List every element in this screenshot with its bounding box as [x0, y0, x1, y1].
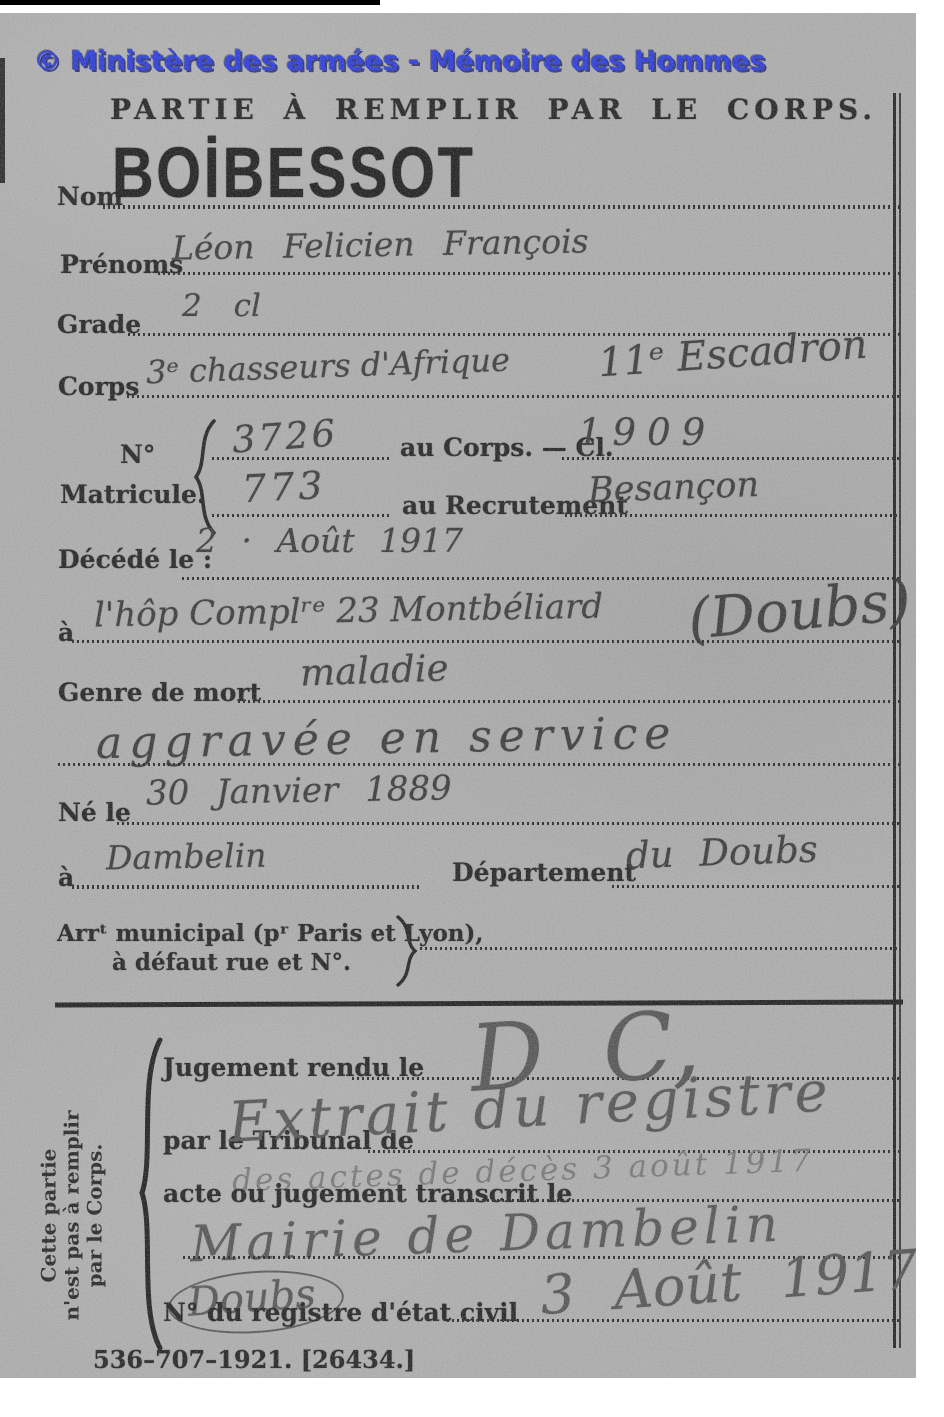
- matricule-corps-number: 3726: [231, 411, 340, 461]
- arrondissement-brace: [394, 915, 420, 987]
- nom-value-stamp: BOİBESSOT: [112, 131, 476, 214]
- corps-value-escadron: 11ᵉ Escadron: [597, 322, 869, 387]
- classe-value: 1909: [578, 411, 716, 454]
- genre-de-mort-value2: aggravée en service: [96, 708, 678, 769]
- dotted-line: [447, 1319, 900, 1322]
- vertical-rule: [893, 93, 896, 1348]
- arrondissement-label-line2: à défaut rue et N°.: [112, 949, 351, 976]
- scan-edge-artifact: [0, 0, 380, 5]
- departement-label: Département: [452, 858, 636, 887]
- dotted-line: [127, 395, 900, 398]
- dotted-line: [117, 822, 900, 825]
- side-note-line: Cette partie: [38, 1076, 61, 1356]
- dotted-line: [58, 763, 900, 766]
- ne-le-value: 30 Janvier 1889: [146, 768, 452, 813]
- matricule-label: Matricule.: [60, 480, 206, 509]
- side-note-line: par le Corps.: [84, 1076, 107, 1356]
- dotted-line: [612, 885, 900, 888]
- vertical-rule: [899, 93, 901, 1348]
- dotted-line: [72, 885, 420, 889]
- grade-value: 2 cl: [182, 288, 261, 324]
- paper-card: © Ministère des armées - Mémoire des Hom…: [0, 13, 916, 1378]
- departement-value: du Doubs: [625, 828, 818, 878]
- matricule-brace: [190, 418, 218, 536]
- lower-section-brace: [133, 1038, 165, 1350]
- genre-de-mort-value: maladie: [299, 646, 449, 694]
- genre-de-mort-label: Genre de mort: [58, 678, 261, 707]
- ne-lieu-value: Dambelin: [106, 836, 267, 878]
- watermark-text: © Ministère des armées - Mémoire des Hom…: [34, 46, 766, 77]
- matricule-recrutement-number: 773: [241, 463, 328, 511]
- decede-le-value: 2 · Août 1917: [196, 521, 463, 560]
- print-reference-number: 536–707–1921. [26434.]: [93, 1345, 415, 1374]
- scan-edge-artifact: [0, 58, 5, 183]
- deces-lieu-value: l'hôp Complʳᵉ 23 Montbéliard: [94, 587, 604, 636]
- dotted-line: [562, 457, 900, 460]
- dotted-line: [158, 272, 900, 275]
- recrutement-place-value: Besançon: [587, 465, 759, 511]
- dotted-line: [72, 640, 900, 643]
- dotted-line: [212, 514, 392, 517]
- side-note-vertical: Cette partie n'est pas à remplir par le …: [38, 1076, 107, 1356]
- prenoms-value: Léon Felicien François: [172, 221, 589, 267]
- matricule-no-label: N°: [120, 440, 155, 469]
- side-note-line: n'est pas à remplir: [61, 1076, 84, 1356]
- dotted-line: [420, 947, 900, 950]
- dotted-line: [238, 700, 900, 703]
- decede-le-label: Décédé le :: [58, 545, 212, 574]
- registre-label: N° du registre d'état civil: [163, 1298, 518, 1327]
- dotted-line: [565, 514, 900, 517]
- corps-value: 3ᵉ chasseurs d'Afrique: [145, 341, 510, 392]
- scanned-death-record-card: © Ministère des armées - Mémoire des Hom…: [0, 0, 944, 1417]
- dotted-line: [212, 457, 392, 460]
- dotted-line: [103, 205, 900, 209]
- form-title: PARTIE À REMPLIR PAR LE CORPS.: [110, 93, 820, 126]
